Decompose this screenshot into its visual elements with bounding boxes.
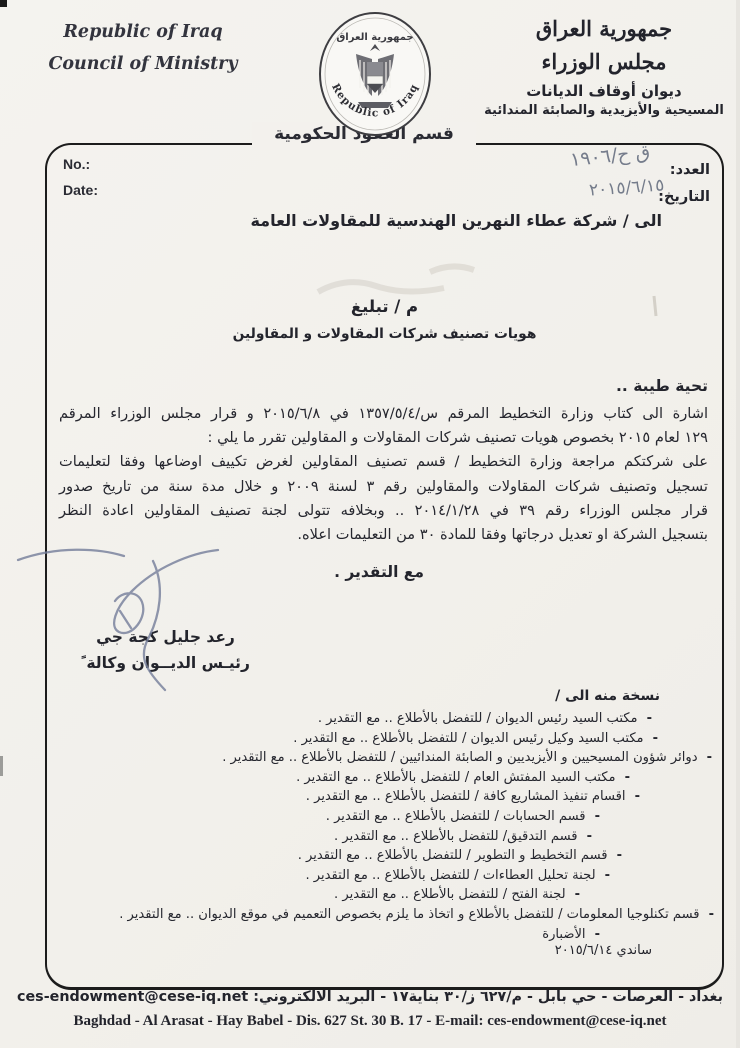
ref-no-label: No.: xyxy=(63,151,98,177)
emblem-arabic-text: جمهورية العراق xyxy=(336,32,413,43)
handwritten-ref-date: ٢٠١٥/٦/١٥ xyxy=(588,175,665,200)
closing-line: مع التقدير . xyxy=(334,563,424,581)
ref-number-label: العدد: xyxy=(658,157,710,184)
signature-icon xyxy=(2,518,242,703)
header-arabic-religions: المسيحية والأيزيدية والصابئة المندائية xyxy=(470,103,738,118)
scan-corner-speck xyxy=(0,0,7,7)
footer-address-english: Baghdad - Al Arasat - Hay Babel - Dis. 6… xyxy=(0,1013,740,1030)
body-line: اشارة الى كتاب وزارة التخطيط المرقم س/١٣… xyxy=(59,402,708,426)
addressee-line: الى / شركة عطاء النهرين الهندسية للمقاول… xyxy=(250,211,662,230)
subject-detail-line: هويات تصنيف شركات المقاولات و المقاولين xyxy=(47,326,722,342)
ref-labels-english: No.: Date: xyxy=(63,151,98,203)
ref-labels-arabic: العدد: التاريخ: xyxy=(658,157,710,211)
ref-date-label: Date: xyxy=(63,177,98,203)
handwritten-ref-number: ق ح/١٩٠٦ xyxy=(569,141,651,171)
footer-address-arabic: بغداد - العرصات - حي بابل - م/٦٢٧ ز/٣٠ ب… xyxy=(0,989,740,1005)
subject-line: م / تبليغ xyxy=(47,297,722,316)
body-line: تسجيل وتصنيف شركات المقاولات والمقاولين … xyxy=(59,475,708,499)
iraq-emblem-icon: جمهورية العراق Republic of Iraq xyxy=(316,10,434,138)
body-line: ١٢٩ لعام ٢٠١٥ بخصوص هويات تصنيف شركات ال… xyxy=(59,426,708,450)
header-arabic-council: مجلس الوزراء xyxy=(470,45,738,78)
ref-date-label-ar: التاريخ: xyxy=(658,184,710,211)
header-arabic: جمهورية العراق مجلس الوزراء ديوان أوقاف … xyxy=(470,12,738,118)
header-arabic-diwan: ديوان أوقاف الديانات xyxy=(470,82,738,100)
scanned-letter-page: Republic of Iraq Council of Ministry جمه… xyxy=(0,0,740,1048)
scan-edge-shadow xyxy=(736,0,740,1048)
body-line: على شركتكم مراجعة وزارة التخطيط / قسم تص… xyxy=(59,450,708,474)
header-arabic-republic: جمهورية العراق xyxy=(470,12,738,45)
header-english: Republic of Iraq Council of Ministry xyxy=(38,16,248,80)
greeting-line: تحية طيبة .. xyxy=(616,377,708,395)
header-english-line2: Council of Ministry xyxy=(38,48,248,80)
header-english-line1: Republic of Iraq xyxy=(38,16,248,48)
scan-edge-mark xyxy=(0,756,3,776)
